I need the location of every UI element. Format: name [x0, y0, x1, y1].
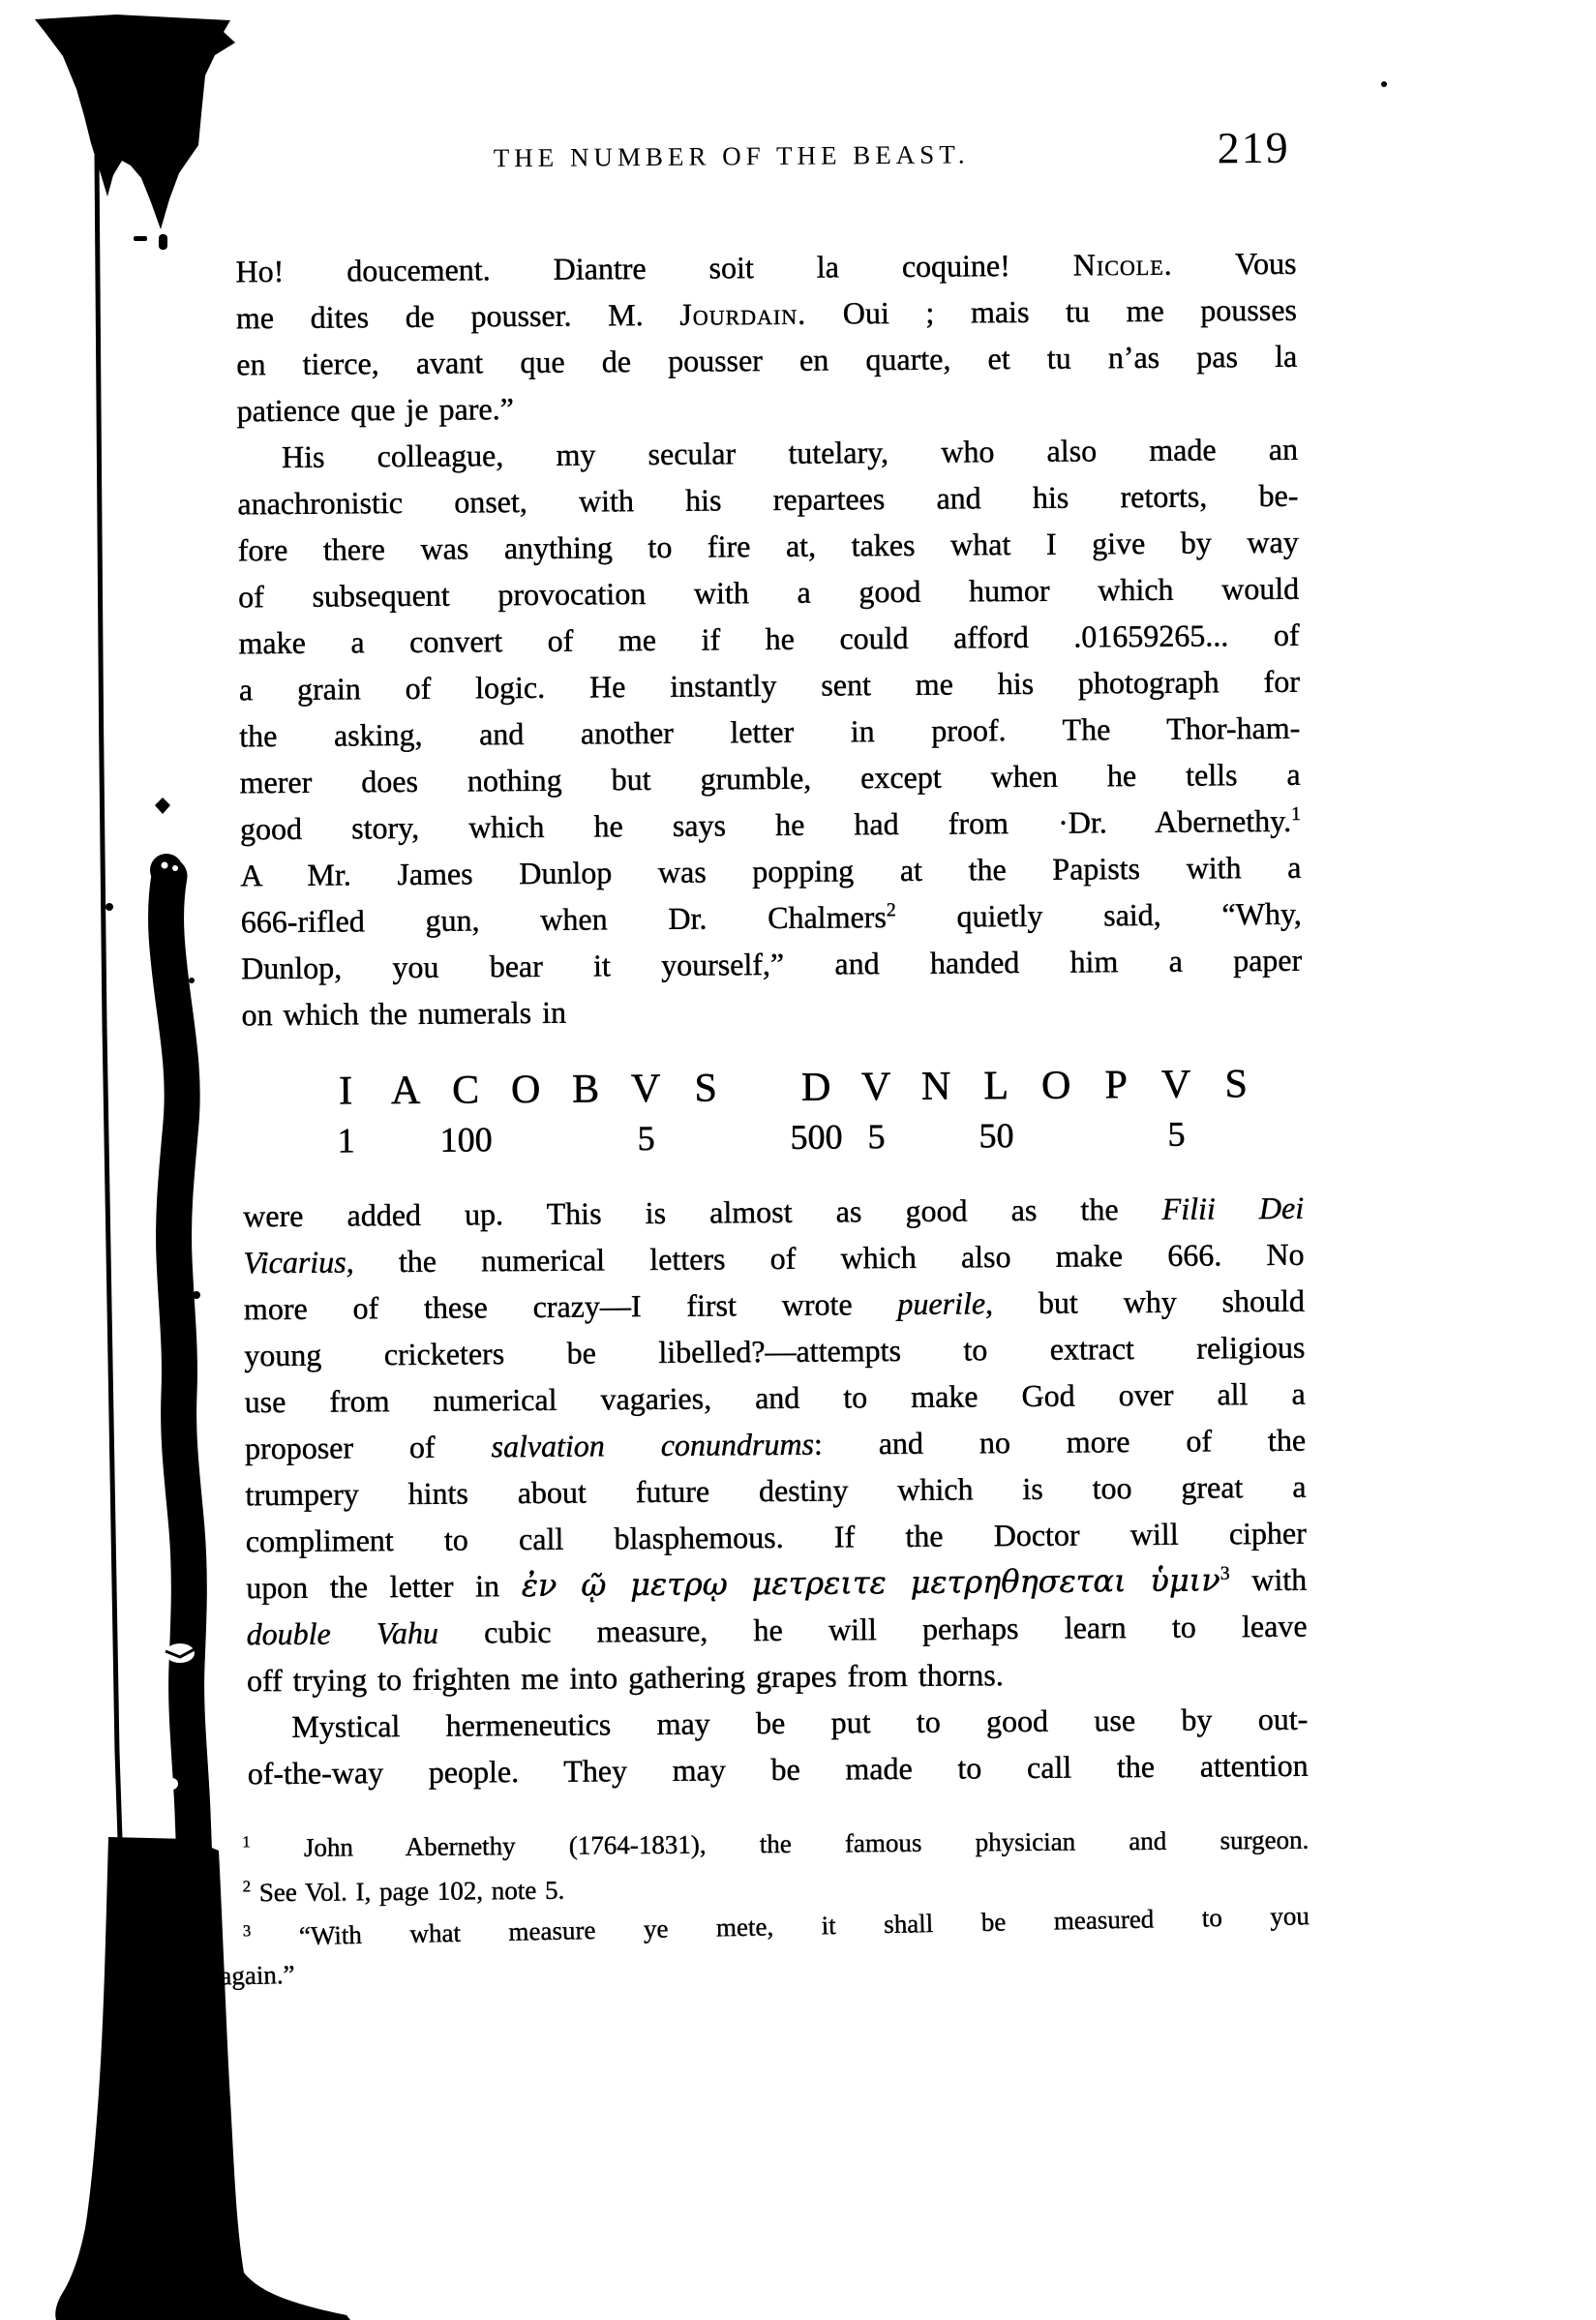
gematria-column: I1 [316, 1066, 376, 1164]
running-title: THE NUMBER OF THE BEAST. [235, 137, 1228, 175]
gematria-value: 5 [1167, 1110, 1185, 1159]
text-line: off trying to frighten me into gathering… [247, 1649, 1308, 1704]
gematria-value: 50 [979, 1111, 1013, 1160]
footnote-line: 1 John Abernethy (1764-1831), the famous… [242, 1818, 1309, 1871]
gematria-column: V5 [1146, 1059, 1207, 1158]
gematria-letter: A [391, 1066, 421, 1116]
text-line: were added up. This is almost as good as… [243, 1185, 1304, 1240]
scanned-book-page: THE NUMBER OF THE BEAST. 219 Ho! douceme… [0, 0, 1596, 2320]
gematria-column: B [556, 1064, 617, 1162]
gematria-column: N [906, 1061, 967, 1160]
gematria-value: 100 [439, 1115, 492, 1163]
text-line: upon the letter in ἐν ῷ μετρῳ μετρειτε μ… [246, 1556, 1307, 1612]
text-line: a grain of logic. He instantly sent me h… [239, 658, 1300, 713]
text-line: trumpery hints about future destiny whic… [245, 1463, 1306, 1519]
gematria-column: C100 [436, 1065, 497, 1163]
text-line: proposer of salvation conundrums: and no… [245, 1417, 1306, 1472]
text-line: on which the numerals in [241, 983, 1302, 1039]
body-text: Ho! doucement. Diantre soit la coquine! … [235, 240, 1309, 1797]
gematria-letter: V [631, 1064, 661, 1114]
gematria-table: I1AC100OBV5SD500V5NL50OPV5S [316, 1059, 1304, 1165]
text-line: His colleague, my secular tutelary, who … [237, 426, 1298, 481]
footnotes: 1 John Abernethy (1764-1831), the famous… [248, 1818, 1310, 1999]
gematria-column: O [496, 1065, 557, 1163]
paragraphs-after-table: were added up. This is almost as good as… [243, 1185, 1309, 1797]
text-line: use from numerical vagaries, and to make… [245, 1371, 1306, 1426]
text-line: en tierce, avant que de pousser en quart… [236, 333, 1297, 388]
gematria-letter: N [921, 1062, 951, 1112]
text-line: young cricketers be libelled?—attempts t… [244, 1324, 1305, 1379]
text-line: compliment to call blasphemous. If the D… [246, 1510, 1307, 1565]
text-line: Mystical hermeneutics may be put to good… [247, 1696, 1308, 1751]
gematria-letter: V [1161, 1060, 1191, 1110]
gematria-column: V5 [616, 1064, 677, 1162]
gematria-column: O [1026, 1060, 1087, 1159]
text-line: A Mr. James Dunlop was popping at the Pa… [240, 844, 1301, 899]
gematria-value: 5 [637, 1114, 654, 1162]
gematria-value: 1 [337, 1116, 354, 1164]
gematria-letter: D [801, 1063, 831, 1113]
gematria-letter: B [572, 1064, 599, 1114]
text-line: anachronistic onset, with his repartees … [237, 472, 1298, 527]
text-line: fore there was anything to fire at, take… [238, 519, 1299, 574]
text-line: more of these crazy—I first wrote pueril… [244, 1278, 1305, 1333]
gematria-column: A [376, 1066, 437, 1164]
gematria-column: L50 [966, 1061, 1027, 1160]
gematria-column: S [1206, 1059, 1267, 1158]
text-line: 666-rifled gun, when Dr. Chalmers2 quiet… [241, 890, 1302, 946]
page-content: THE NUMBER OF THE BEAST. 219 Ho! douceme… [0, 0, 1596, 2320]
page-number: 219 [1217, 122, 1289, 174]
gematria-letter: O [511, 1065, 541, 1115]
gematria-letter: S [694, 1063, 717, 1113]
text-line: patience que je pare.” [236, 379, 1297, 435]
gematria-letter: I [339, 1066, 352, 1116]
gematria-letter: O [1041, 1061, 1071, 1111]
text-line: good story, which he says he had from ·D… [240, 798, 1301, 853]
text-line: me dites de pousser. M. Jourdain. Oui ; … [236, 286, 1297, 342]
gematria-letter: S [1224, 1059, 1248, 1109]
text-line: of-the-way people. They may be made to c… [248, 1742, 1309, 1797]
text-line: Ho! doucement. Diantre soit la coquine! … [235, 240, 1296, 295]
gematria-column: P [1086, 1060, 1147, 1159]
paragraphs-before-table: Ho! doucement. Diantre soit la coquine! … [235, 240, 1302, 1039]
text-line: double Vahu cubic measure, he will perha… [246, 1603, 1307, 1658]
text-line: Dunlop, you bear it yourself,” and hande… [241, 937, 1302, 992]
text-line: Vicarius, the numerical letters of which… [243, 1231, 1304, 1286]
gematria-column: S [676, 1063, 737, 1161]
gematria-letter: L [983, 1061, 1009, 1111]
page-header: THE NUMBER OF THE BEAST. 219 [234, 132, 1295, 198]
gematria-letter: C [452, 1065, 479, 1115]
gematria-value: 500 [790, 1112, 842, 1160]
gematria-letter: V [861, 1062, 891, 1112]
text-line: make a convert of me if he could afford … [238, 612, 1299, 667]
text-line: of subsequent provocation with a good hu… [238, 565, 1299, 620]
gematria-column: D500 [786, 1062, 847, 1160]
gematria-letter: P [1104, 1060, 1128, 1110]
gematria-column: V5 [846, 1062, 907, 1160]
gematria-value: 5 [867, 1112, 885, 1160]
text-line: merer does nothing but grumble, except w… [240, 751, 1301, 806]
text-line: the asking, and another letter in proof.… [239, 705, 1300, 760]
